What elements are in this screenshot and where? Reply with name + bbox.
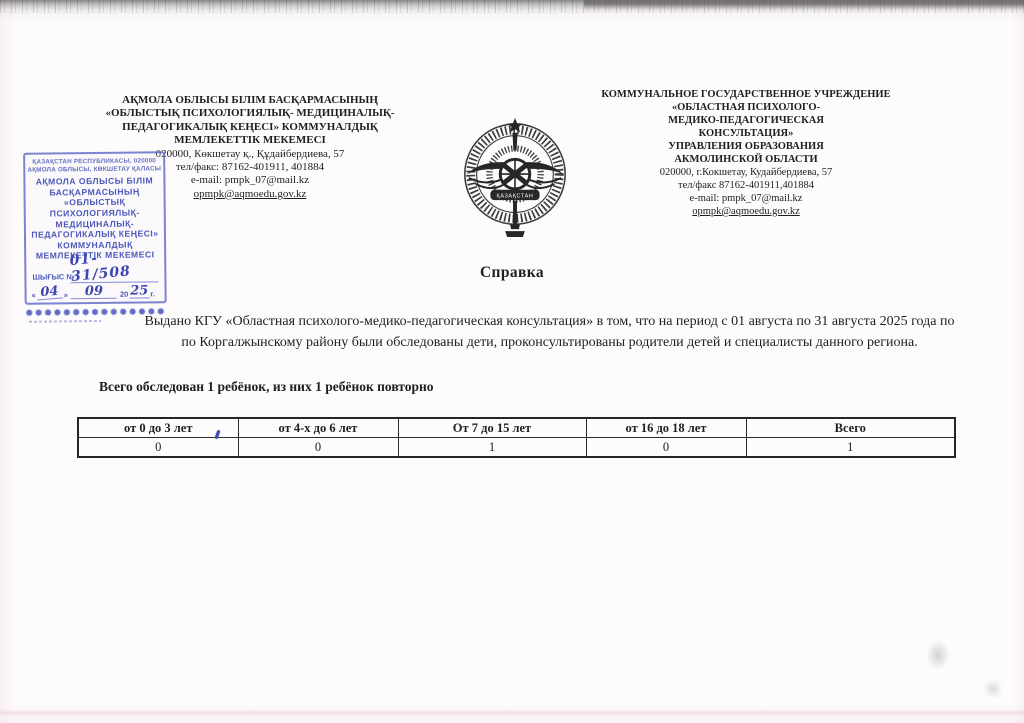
document-title: Справка <box>0 264 1024 282</box>
letterhead-russian: КОММУНАЛЬНОЕ ГОСУДАРСТВЕННОЕ УЧРЕЖДЕНИЕ … <box>586 88 906 218</box>
org-name-line: КОНСУЛЬТАЦИЯ» <box>586 127 906 140</box>
year-suffix: г. <box>150 289 155 298</box>
table-value-cell: 0 <box>586 438 746 458</box>
org-phone: тел/факс 87162-401911,401884 <box>586 179 906 192</box>
emblem-banner-text: ҚАЗАҚСТАН <box>497 193 534 199</box>
org-email: e-mail: pmpk_07@mail.kz <box>586 192 906 205</box>
quote-open: « <box>32 291 36 300</box>
org-name-line: «ОБЛАСТНАЯ ПСИХОЛОГО- <box>586 101 906 114</box>
scan-artifact-bottom-band <box>0 709 1024 717</box>
stamp-microtext-line <box>29 320 101 323</box>
scan-smudge <box>982 678 1004 700</box>
registration-stamp: ҚАЗАҚСТАН РЕСПУБЛИКАСЫ, 020000 АҚМОЛА ОБ… <box>23 151 167 322</box>
scan-smudge <box>925 638 951 672</box>
document-body: Выдано КГУ «Областная психолого-медико-п… <box>92 312 1007 353</box>
body-line: Выдано КГУ «Областная психолого-медико-п… <box>92 312 1007 333</box>
stamp-city-line: АҚМОЛА ОБЛЫСЫ, КӨКШЕТАУ ҚАЛАСЫ <box>27 165 161 174</box>
org-name-line: АҚМОЛА ОБЛЫСЫ БІЛІМ БАСҚАРМАСЫНЫҢ <box>78 94 422 107</box>
stamp-date-row: « 04 » 09 20 25 г. <box>29 285 163 299</box>
table-value-cell: 1 <box>746 438 955 458</box>
date-day-handwritten: 04 <box>36 285 63 300</box>
org-address: 020000, г.Кокшетау, Кудайбердиева, 57 <box>586 166 906 179</box>
table-header-row: от 0 до 3 лет от 4-х до 6 лет От 7 до 15… <box>78 418 955 438</box>
table-header-cell: от 4-х до 6 лет <box>238 418 398 438</box>
kazakhstan-coat-of-arms-icon: ҚАЗАҚСТАН <box>456 117 574 235</box>
table-row: 0 0 1 0 1 <box>78 438 955 458</box>
date-month-handwritten: 09 <box>71 286 117 299</box>
body-line: по Коргалжынскому району были обследован… <box>92 333 1007 354</box>
scan-artifact-top-band <box>0 0 1024 26</box>
scanned-certificate-page: АҚМОЛА ОБЛЫСЫ БІЛІМ БАСҚАРМАСЫНЫҢ «ОБЛЫС… <box>0 0 1024 723</box>
table-value-cell: 1 <box>398 438 586 458</box>
org-name-line: «ОБЛЫСТЫҚ ПСИХОЛОГИЯЛЫҚ- МЕДИЦИНАЛЫҚ- <box>78 107 422 120</box>
table-header-cell: от 0 до 3 лет <box>78 418 238 438</box>
org-name-line: КОММУНАЛЬНОЕ ГОСУДАРСТВЕННОЕ УЧРЕЖДЕНИЕ <box>586 88 906 101</box>
date-year-handwritten: 25 <box>129 285 149 298</box>
org-name-line: АКМОЛИНСКОЙ ОБЛАСТИ <box>586 153 906 166</box>
org-name-line: УПРАВЛЕНИЯ ОБРАЗОВАНИЯ <box>586 140 906 153</box>
table-header-cell: от 16 до 18 лет <box>586 418 746 438</box>
examined-children-summary: Всего обследован 1 ребёнок, из них 1 реб… <box>99 379 434 395</box>
org-email-link: opmpk@aqmoedu.gov.kz <box>586 205 906 218</box>
org-name-line: МЕДИКО-ПЕДАГОГИЧЕСКАЯ <box>586 114 906 127</box>
org-name-line: ПЕДАГОГИКАЛЫҚ КЕҢЕСІ» КОММУНАЛДЫҚ <box>78 121 422 134</box>
quote-close: » <box>64 290 68 299</box>
org-name-line: МЕМЛЕКЕТТІК МЕКЕМЕСІ <box>78 134 422 147</box>
table-value-cell: 0 <box>78 438 238 458</box>
table-header-cell: От 7 до 15 лет <box>398 418 586 438</box>
year-prefix: 20 <box>120 290 128 299</box>
age-groups-table: от 0 до 3 лет от 4-х до 6 лет От 7 до 15… <box>77 417 956 458</box>
table-value-cell: 0 <box>238 438 398 458</box>
table-header-cell: Всего <box>746 418 955 438</box>
